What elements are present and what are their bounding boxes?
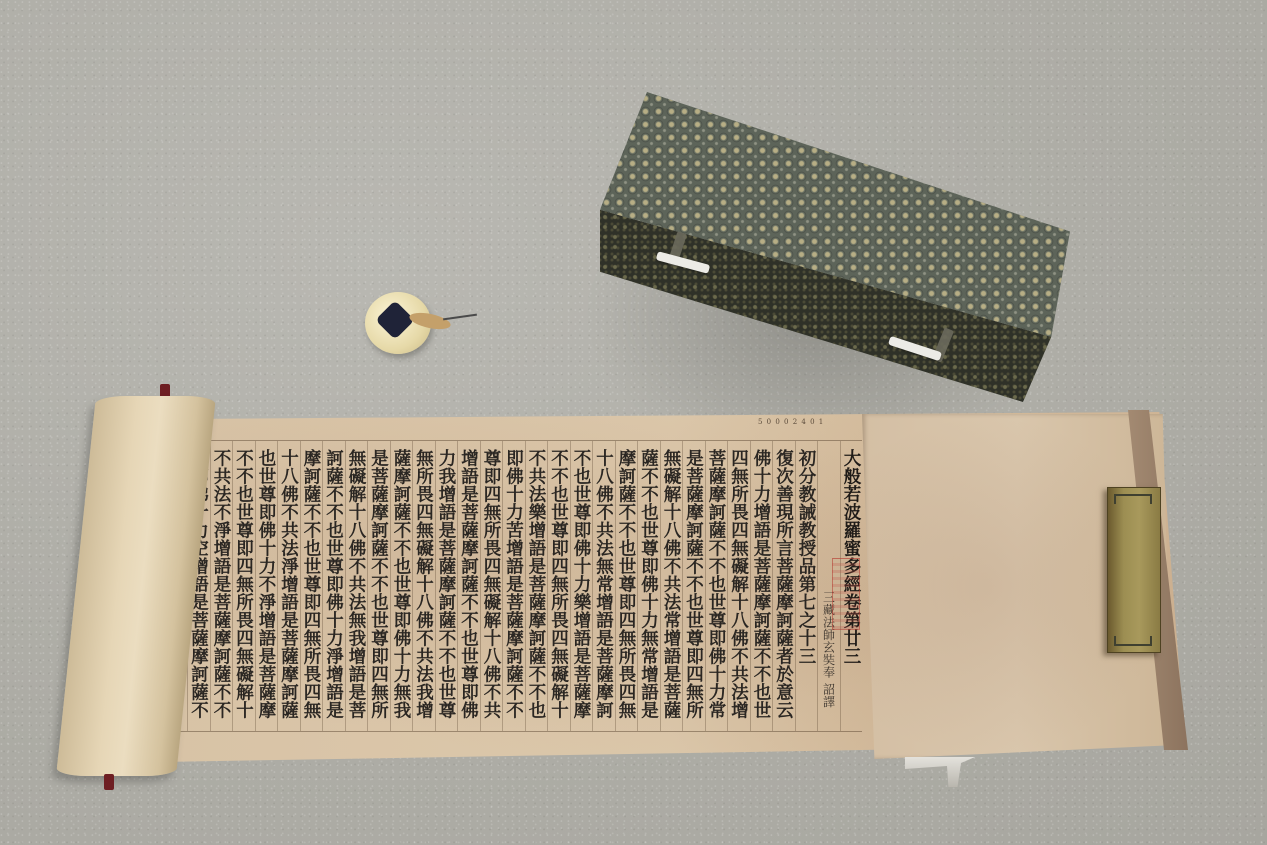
text-column: 尊即四無所畏四無礙解十八佛不共法苦 bbox=[480, 441, 503, 731]
text-column: 十八佛不共法無常增語是菩薩摩訶薩不 bbox=[592, 441, 615, 731]
text-column: 無礙解十八佛不共法常增語是菩薩摩訶 bbox=[660, 441, 683, 731]
sutra-text-panel: 大般若波羅蜜多經卷第廿三 三藏法師玄奘奉 詔譯 初分教誡教授品第七之十三 復次善… bbox=[172, 440, 862, 732]
brocade-storage-box bbox=[600, 92, 1070, 402]
text-column: 不不也世尊即四無所畏四無礙解十八佛 bbox=[232, 441, 255, 731]
text-column: 不共法樂增語是菩薩摩訶薩不不也世尊 bbox=[525, 441, 548, 731]
brass-paperweight bbox=[1107, 487, 1161, 653]
text-column: 薩不不也世尊即佛十力無常增語是菩薩 bbox=[637, 441, 660, 731]
rod-end-bottom bbox=[104, 774, 114, 790]
text-column: 不也世尊即佛十力樂增語是菩薩摩訶薩 bbox=[570, 441, 593, 731]
text-column: 菩薩摩訶薩不不也世尊即佛十力常增語 bbox=[705, 441, 728, 731]
toggle-cord bbox=[443, 314, 477, 321]
text-column: 不不也世尊即四無所畏四無礙解十八佛 bbox=[547, 441, 570, 731]
text-column: 無所畏四無礙解十八佛不共法我增語是菩 bbox=[412, 441, 435, 731]
text-column: 十八佛不共法淨增語是菩薩摩訶薩不不 bbox=[277, 441, 300, 731]
text-column: 也世尊即佛十力不淨增語是菩薩摩訶薩 bbox=[255, 441, 278, 731]
silk-tie-ribbon bbox=[905, 757, 975, 787]
red-seal-stamp bbox=[832, 558, 860, 630]
text-column: 力我增語是菩薩摩訶薩不不也世尊即四 bbox=[435, 441, 458, 731]
text-column: 是菩薩摩訶薩不不也世尊即四無所畏四 bbox=[682, 441, 705, 731]
text-column: 不共法不淨增語是菩薩摩訶薩不不也世 bbox=[210, 441, 233, 731]
text-column: 摩訶薩不不也世尊即四無所畏四無礙解 bbox=[300, 441, 323, 731]
text-column: 增語是菩薩摩訶薩不不也世尊即佛十 bbox=[457, 441, 480, 731]
text-column: 是菩薩摩訶薩不不也世尊即四無所畏四 bbox=[367, 441, 390, 731]
text-column: 訶薩不不也世尊即佛十力淨增語是菩薩 bbox=[322, 441, 345, 731]
text-column: 佛十力增語是菩薩摩訶薩不不也世尊即 bbox=[750, 441, 773, 731]
header-stamp: 5 0 0 0 2 4 0 1 bbox=[758, 418, 824, 426]
text-columns: 大般若波羅蜜多經卷第廿三 三藏法師玄奘奉 詔譯 初分教誡教授品第七之十三 復次善… bbox=[172, 441, 862, 731]
text-column: 摩訶薩不不也世尊即四無所畏四無礙解 bbox=[615, 441, 638, 731]
text-column: 復次善現所言菩薩摩訶薩者於意云何即 bbox=[772, 441, 795, 731]
ivory-toggle bbox=[365, 292, 435, 354]
text-column: 薩摩訶薩不不也世尊即佛十力無我增語 bbox=[390, 441, 413, 731]
fret-motif-icon bbox=[1114, 636, 1152, 646]
text-column: 無礙解十八佛不共法無我增語是菩薩摩 bbox=[345, 441, 368, 731]
text-column: 四無所畏四無礙解十八佛不共法增語是 bbox=[727, 441, 750, 731]
text-column: 即佛十力苦增語是菩薩摩訶薩不不也世 bbox=[502, 441, 525, 731]
text-column: 初分教誡教授品第七之十三 bbox=[795, 441, 818, 731]
fret-motif-icon bbox=[1114, 494, 1152, 504]
